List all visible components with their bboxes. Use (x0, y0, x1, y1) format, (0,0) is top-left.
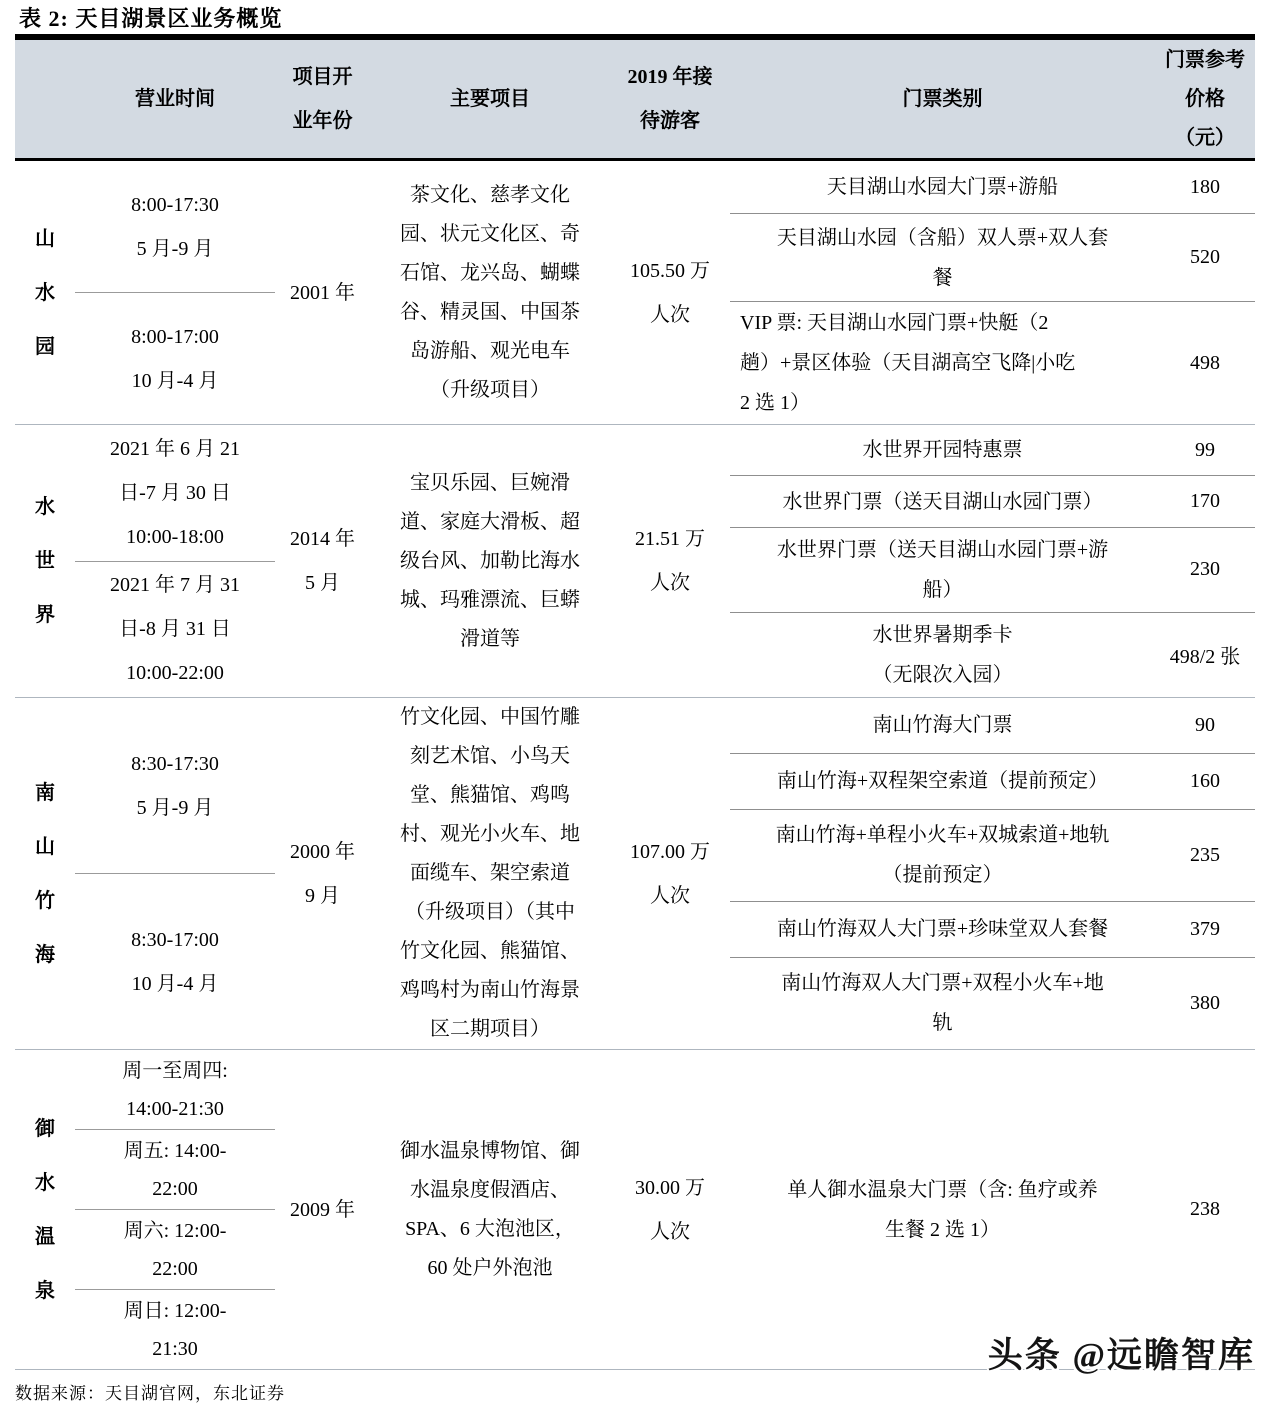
visitors-2019: 30.00 万 人次 (610, 1050, 730, 1369)
hours-block: 8:30-17:30 5 月-9 月 (75, 698, 275, 873)
ticket-label: 水世界门票（送天目湖山水园门票+游 船） (730, 528, 1155, 612)
ticket-label: 南山竹海双人大门票+珍味堂双人套餐 (730, 902, 1155, 957)
ticket-row: 水世界开园特惠票 99 (730, 425, 1255, 475)
area-name: 山 水 园 (15, 161, 75, 424)
hours-block: 8:00-17:30 5 月-9 月 (75, 161, 275, 292)
header-business-hours: 营业时间 (75, 40, 275, 158)
ticket-price: 230 (1155, 528, 1255, 612)
ticket-price: 99 (1155, 425, 1255, 475)
area-name: 御 水 温 泉 (15, 1050, 75, 1369)
ticket-label: 天目湖山水园大门票+游船 (730, 161, 1155, 213)
hours-cell: 周一至周四: 14:00-21:30 周五: 14:00- 22:00 周六: … (75, 1050, 275, 1369)
ticket-group: 水世界开园特惠票 99 水世界门票（送天目湖山水园门票） 170 水世界门票（送… (730, 425, 1255, 697)
ticket-row: 南山竹海+单程小火车+双城索道+地轨 （提前预定） 235 (730, 809, 1255, 901)
section-nanshanzhuhai: 南 山 竹 海 8:30-17:30 5 月-9 月 8:30-17:00 10… (15, 698, 1255, 1050)
ticket-label: 水世界门票（送天目湖山水园门票） (730, 476, 1155, 526)
ticket-price: 498/2 张 (1155, 613, 1255, 697)
ticket-price: 170 (1155, 476, 1255, 526)
table-header: 营业时间 项目开 业年份 主要项目 2019 年接 待游客 门票类别 门票参考 … (15, 40, 1255, 161)
opening-year: 2014 年 5 月 (275, 425, 370, 697)
opening-year: 2001 年 (275, 161, 370, 424)
header-ticket-price: 门票参考 价格 （元） (1155, 40, 1255, 158)
hours-block: 8:30-17:00 10 月-4 月 (75, 873, 275, 1049)
main-projects: 竹文化园、中国竹雕 刻艺术馆、小鸟天 堂、熊猫馆、鸡鸣 村、观光小火车、地 面缆… (370, 698, 610, 1049)
ticket-label: 南山竹海+单程小火车+双城索道+地轨 （提前预定） (730, 810, 1155, 901)
ticket-label: 南山竹海+双程架空索道（提前预定） (730, 754, 1155, 809)
hours-block: 8:00-17:00 10 月-4 月 (75, 292, 275, 424)
ticket-row: 水世界暑期季卡 （无限次入园） 498/2 张 (730, 612, 1255, 697)
visitors-2019: 21.51 万 人次 (610, 425, 730, 697)
ticket-price: 380 (1155, 958, 1255, 1049)
ticket-label: VIP 票: 天目湖山水园门票+快艇（2 趟）+景区体验（天目湖高空飞降|小吃 … (730, 302, 1155, 424)
ticket-row: 南山竹海双人大门票+珍味堂双人套餐 379 (730, 901, 1255, 957)
area-name: 水 世 界 (15, 425, 75, 697)
main-projects: 宝贝乐园、巨婉滑 道、家庭大滑板、超 级台风、加勒比海水 城、玛雅漂流、巨蟒 滑… (370, 425, 610, 697)
opening-year: 2009 年 (275, 1050, 370, 1369)
ticket-price: 160 (1155, 754, 1255, 809)
ticket-price: 520 (1155, 214, 1255, 301)
header-opening-year: 项目开 业年份 (275, 40, 370, 158)
header-ticket-category: 门票类别 (730, 40, 1155, 158)
hours-block: 周日: 12:00- 21:30 (75, 1289, 275, 1369)
header-blank (15, 40, 75, 158)
table-title: 表 2: 天目湖景区业务概览 (15, 2, 282, 33)
header-visitors-2019: 2019 年接 待游客 (610, 40, 730, 158)
main-projects: 御水温泉博物馆、御 水温泉度假酒店、 SPA、6 大泡池区， 60 处户外泡池 (370, 1050, 610, 1369)
hours-cell: 2021 年 6 月 21 日-7 月 30 日 10:00-18:00 202… (75, 425, 275, 697)
ticket-row: 南山竹海双人大门票+双程小火车+地 轨 380 (730, 957, 1255, 1049)
ticket-group: 单人御水温泉大门票（含: 鱼疗或养 生餐 2 选 1） 238 (730, 1050, 1255, 1369)
main-projects: 茶文化、慈孝文化 园、状元文化区、奇 石馆、龙兴岛、蝴蝶 谷、精灵国、中国茶 岛… (370, 161, 610, 424)
ticket-row: 单人御水温泉大门票（含: 鱼疗或养 生餐 2 选 1） 238 (730, 1050, 1255, 1369)
ticket-label: 水世界开园特惠票 (730, 425, 1155, 475)
hours-block: 2021 年 6 月 21 日-7 月 30 日 10:00-18:00 (75, 425, 275, 561)
ticket-row: VIP 票: 天目湖山水园门票+快艇（2 趟）+景区体验（天目湖高空飞降|小吃 … (730, 301, 1255, 424)
hours-cell: 8:30-17:30 5 月-9 月 8:30-17:00 10 月-4 月 (75, 698, 275, 1049)
header-main-projects: 主要项目 (370, 40, 610, 158)
hours-block: 周一至周四: 14:00-21:30 (75, 1050, 275, 1129)
visitors-2019: 107.00 万 人次 (610, 698, 730, 1049)
table-title-row: 表 2: 天目湖景区业务概览 (15, 0, 1255, 40)
ticket-label: 天目湖山水园（含船）双人票+双人套 餐 (730, 214, 1155, 301)
hours-block: 2021 年 7 月 31 日-8 月 31 日 10:00-22:00 (75, 561, 275, 698)
ticket-price: 238 (1155, 1050, 1255, 1369)
ticket-label: 单人御水温泉大门票（含: 鱼疗或养 生餐 2 选 1） (730, 1050, 1155, 1369)
section-shanshuiyuan: 山 水 园 8:00-17:30 5 月-9 月 8:00-17:00 10 月… (15, 161, 1255, 425)
ticket-row: 南山竹海+双程架空索道（提前预定） 160 (730, 753, 1255, 809)
ticket-price: 235 (1155, 810, 1255, 901)
ticket-row: 天目湖山水园（含船）双人票+双人套 餐 520 (730, 213, 1255, 301)
hours-block: 周五: 14:00- 22:00 (75, 1129, 275, 1209)
hours-block: 周六: 12:00- 22:00 (75, 1209, 275, 1289)
watermark: 头条 @远瞻智库 (988, 1328, 1255, 1378)
ticket-price: 180 (1155, 161, 1255, 213)
area-name: 南 山 竹 海 (15, 698, 75, 1049)
hours-cell: 8:00-17:30 5 月-9 月 8:00-17:00 10 月-4 月 (75, 161, 275, 424)
ticket-row: 水世界门票（送天目湖山水园门票+游 船） 230 (730, 527, 1255, 612)
ticket-group: 南山竹海大门票 90 南山竹海+双程架空索道（提前预定） 160 南山竹海+单程… (730, 698, 1255, 1049)
ticket-price: 379 (1155, 902, 1255, 957)
report-table-page: 表 2: 天目湖景区业务概览 营业时间 项目开 业年份 主要项目 2019 年接… (15, 0, 1255, 1403)
ticket-label: 南山竹海大门票 (730, 698, 1155, 753)
ticket-label: 水世界暑期季卡 （无限次入园） (730, 613, 1155, 697)
ticket-row: 南山竹海大门票 90 (730, 698, 1255, 753)
ticket-row: 水世界门票（送天目湖山水园门票） 170 (730, 475, 1255, 526)
opening-year: 2000 年 9 月 (275, 698, 370, 1049)
section-shuishijie: 水 世 界 2021 年 6 月 21 日-7 月 30 日 10:00-18:… (15, 425, 1255, 698)
ticket-row: 天目湖山水园大门票+游船 180 (730, 161, 1255, 213)
section-yushuiwenquan: 御 水 温 泉 周一至周四: 14:00-21:30 周五: 14:00- 22… (15, 1050, 1255, 1370)
visitors-2019: 105.50 万 人次 (610, 161, 730, 424)
ticket-price: 90 (1155, 698, 1255, 753)
ticket-price: 498 (1155, 302, 1255, 424)
ticket-group: 天目湖山水园大门票+游船 180 天目湖山水园（含船）双人票+双人套 餐 520… (730, 161, 1255, 424)
ticket-label: 南山竹海双人大门票+双程小火车+地 轨 (730, 958, 1155, 1049)
